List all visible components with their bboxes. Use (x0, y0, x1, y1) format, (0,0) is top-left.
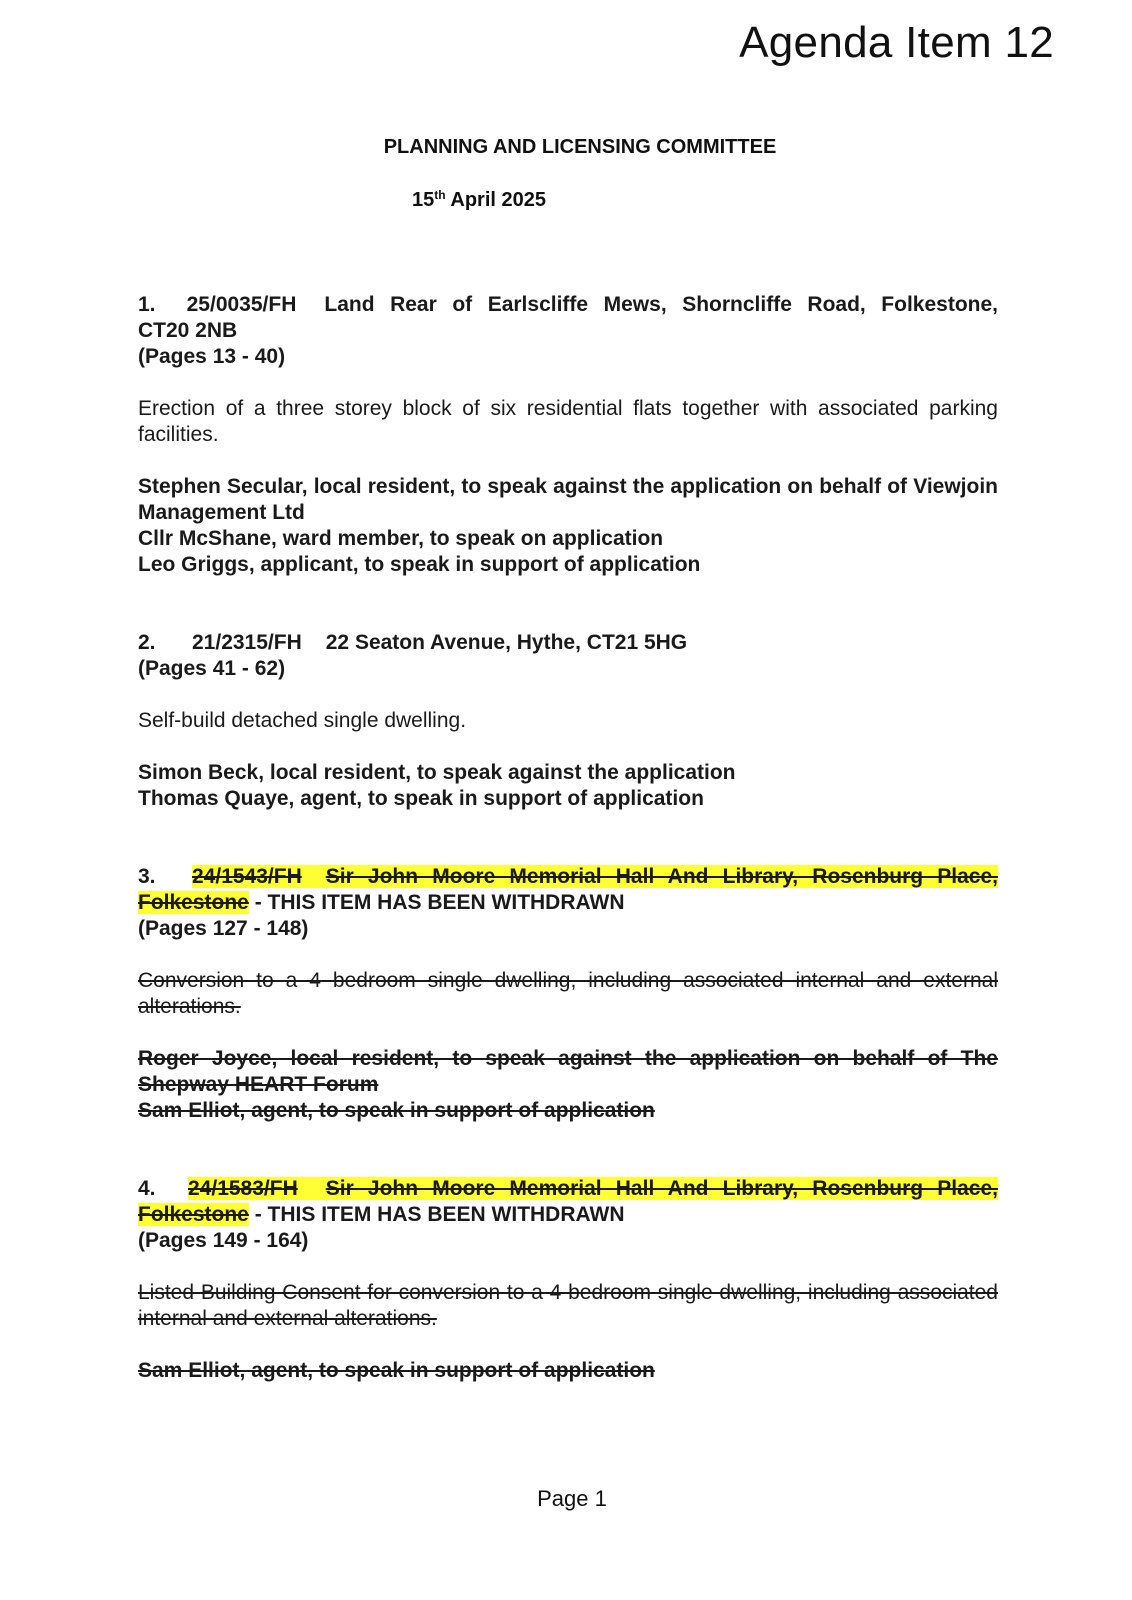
entry-heading: 1. 25/0035/FHLand Rear of Earlscliffe Me… (138, 292, 998, 370)
entry-address: 22 Seaton Avenue, Hythe, CT21 5HG (326, 631, 687, 654)
entry-ref-address-struck: 24/1543/FHSir John Moore Memorial Hall A… (192, 865, 998, 888)
entry-speakers: Simon Beck, local resident, to speak aga… (138, 760, 998, 812)
entry-description: Self-build detached single dwelling. (138, 708, 998, 734)
entry-address: Land Rear of Earlscliffe Mews, Shornclif… (324, 293, 998, 316)
entry-number: 2. (138, 630, 192, 656)
speaker: Roger Joyce, local resident, to speak ag… (138, 1046, 998, 1098)
entry-heading: 2.21/2315/FH22 Seaton Avenue, Hythe, CT2… (138, 630, 998, 682)
speaker: Sam Elliot, agent, to speak in support o… (138, 1358, 998, 1384)
committee-title-text: PLANNING AND LICENSING COMMITTEE (384, 136, 777, 158)
entry-number: 1. (138, 293, 156, 316)
agenda-entry-1: 1. 25/0035/FHLand Rear of Earlscliffe Me… (138, 292, 998, 578)
page-footer: Page 1 (0, 1486, 1132, 1512)
entry-ref-address-struck: 24/1583/FHSir John Moore Memorial Hall A… (188, 1177, 998, 1200)
agenda-entry-4: 4.24/1583/FHSir John Moore Memorial Hall… (138, 1176, 998, 1384)
entry-ref: 24/1583/FH (188, 1177, 298, 1200)
agenda-item-label: Agenda Item 12 (739, 18, 1054, 68)
entry-number: 4. (138, 1176, 188, 1202)
entry-address-line-2: CT20 2NB (138, 318, 998, 344)
committee-title: PLANNING AND LICENSING COMMITTEE (0, 136, 1132, 159)
date-suffix: th (434, 188, 445, 202)
speaker: Leo Griggs, applicant, to speak in suppo… (138, 552, 998, 578)
agenda-entry-3: 3.24/1543/FHSir John Moore Memorial Hall… (138, 864, 998, 1124)
date-rest: April 2025 (446, 189, 546, 211)
agenda-entry-2: 2.21/2315/FH22 Seaton Avenue, Hythe, CT2… (138, 630, 998, 812)
entry-description: Conversion to a 4 bedroom single dwellin… (138, 968, 998, 1020)
entry-pages: (Pages 127 - 148) (138, 916, 998, 942)
entry-ref: 21/2315/FH (192, 631, 302, 654)
meeting-date: 15th April 2025 (412, 188, 546, 212)
speaker: Sam Elliot, agent, to speak in support o… (138, 1098, 998, 1124)
entry-heading-line-1: 2.21/2315/FH22 Seaton Avenue, Hythe, CT2… (138, 630, 998, 656)
entry-address: Sir John Moore Memorial Hall And Library… (326, 865, 998, 888)
speaker: Cllr McShane, ward member, to speak on a… (138, 526, 998, 552)
entry-heading-line-2: Folkestone - THIS ITEM HAS BEEN WITHDRAW… (138, 890, 998, 916)
entry-pages: (Pages 149 - 164) (138, 1228, 998, 1254)
entry-number: 3. (138, 864, 192, 890)
entry-description: Erection of a three storey block of six … (138, 396, 998, 448)
entry-ref: 24/1543/FH (192, 865, 302, 888)
entry-address-line-2: Folkestone (138, 891, 249, 914)
entry-heading: 4.24/1583/FHSir John Moore Memorial Hall… (138, 1176, 998, 1254)
date-day: 15 (412, 189, 434, 211)
entry-ref: 25/0035/FH (187, 293, 297, 316)
speaker: Thomas Quaye, agent, to speak in support… (138, 786, 998, 812)
entry-speakers: Roger Joyce, local resident, to speak ag… (138, 1046, 998, 1124)
entry-pages: (Pages 41 - 62) (138, 656, 998, 682)
entry-description: Listed Building Consent for conversion t… (138, 1280, 998, 1332)
entry-speakers: Sam Elliot, agent, to speak in support o… (138, 1358, 998, 1384)
speaker: Simon Beck, local resident, to speak aga… (138, 760, 998, 786)
entry-speakers: Stephen Secular, local resident, to spea… (138, 474, 998, 578)
speaker: Stephen Secular, local resident, to spea… (138, 474, 998, 526)
entry-heading: 3.24/1543/FHSir John Moore Memorial Hall… (138, 864, 998, 942)
agenda-items: 1. 25/0035/FHLand Rear of Earlscliffe Me… (138, 292, 998, 1436)
entry-heading-line-1: 1. 25/0035/FHLand Rear of Earlscliffe Me… (138, 292, 998, 318)
entry-heading-line-1: 4.24/1583/FHSir John Moore Memorial Hall… (138, 1176, 998, 1202)
withdrawn-note: - THIS ITEM HAS BEEN WITHDRAWN (249, 1203, 625, 1226)
entry-address: Sir John Moore Memorial Hall And Library… (326, 1177, 998, 1200)
page-number: Page 1 (537, 1486, 607, 1511)
entry-pages: (Pages 13 - 40) (138, 344, 998, 370)
entry-address-line-2: Folkestone (138, 1203, 249, 1226)
entry-heading-line-1: 3.24/1543/FHSir John Moore Memorial Hall… (138, 864, 998, 890)
withdrawn-note: - THIS ITEM HAS BEEN WITHDRAWN (249, 891, 625, 914)
entry-heading-line-2: Folkestone - THIS ITEM HAS BEEN WITHDRAW… (138, 1202, 998, 1228)
